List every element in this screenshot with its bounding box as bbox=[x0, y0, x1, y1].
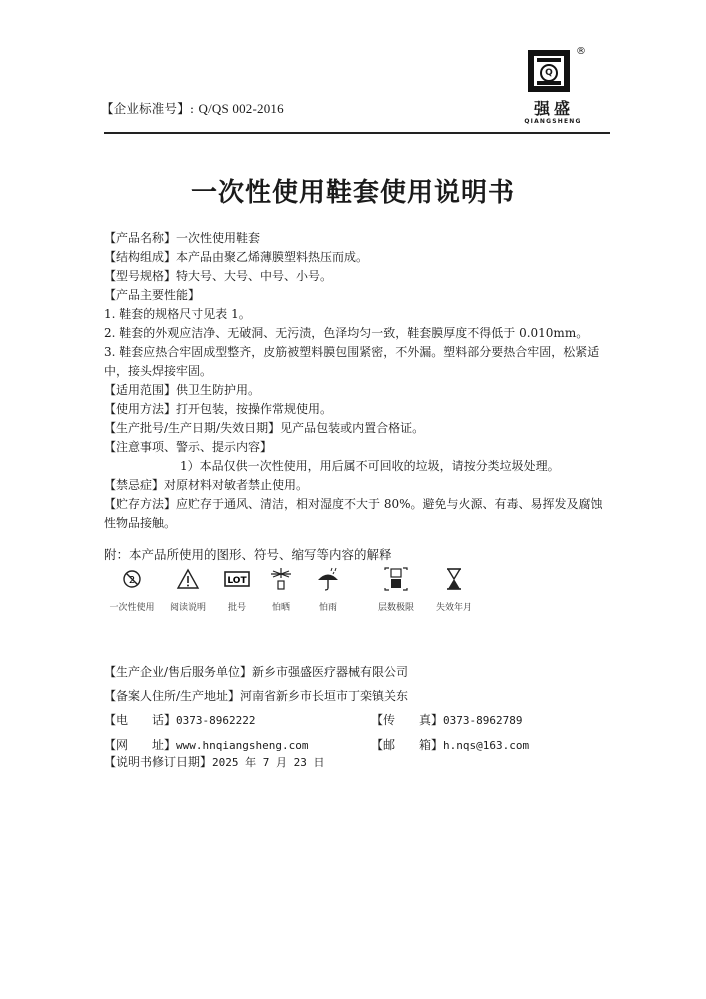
svg-text:LOT: LOT bbox=[227, 576, 247, 586]
symbol-legend: 2 一次性使用 阅读说明 LOT 批号 怕晒 怕雨 层数极限 bbox=[100, 566, 520, 616]
performance-item: 1. 鞋套的规格尺寸见表 1。 bbox=[104, 305, 614, 324]
email-line: 【邮 箱】h.nqs@163.com bbox=[371, 736, 529, 753]
performance-item: 3. 鞋套应热合牢固成型整齐，皮筋被塑料膜包围紧密，不外漏。塑料部分要热合牢固，… bbox=[104, 343, 614, 381]
document-title: 一次性使用鞋套使用说明书 bbox=[0, 172, 706, 209]
logo-mark-icon: Q bbox=[528, 50, 570, 92]
email-link[interactable]: h.nqs@163.com bbox=[443, 739, 529, 752]
website-link[interactable]: www.hnqiangsheng.com bbox=[176, 739, 308, 752]
address-value: 河南省新乡市长垣市丁栾镇关东 bbox=[240, 689, 408, 703]
section-storage: 【贮存方法】应贮存于通风、清洁，相对湿度不大于 80%。避免与火源、有毒、易挥发… bbox=[104, 495, 614, 533]
expiry-date-icon bbox=[439, 566, 469, 592]
fax-line: 【传 真】0373-8962789 bbox=[371, 711, 523, 728]
brand-name-en: QIANGSHENG bbox=[522, 118, 584, 125]
brand-logo: Q ® 强盛 QIANGSHENG bbox=[522, 50, 596, 134]
section-product-name: 【产品名称】一次性使用鞋套 bbox=[104, 229, 614, 248]
read-instructions-icon bbox=[173, 566, 203, 592]
phone-line: 【电 话】0373-8962222 bbox=[104, 711, 256, 728]
revision-date: 2025 年 7 月 23 日 bbox=[212, 756, 324, 769]
revision-date-line: 【说明书修订日期】2025 年 7 月 23 日 bbox=[104, 753, 325, 770]
keep-dry-icon bbox=[313, 566, 343, 592]
single-use-icon: 2 bbox=[117, 566, 147, 592]
manufacturer-line: 【生产企业/售后服务单位】新乡市强盛医疗器械有限公司 bbox=[104, 663, 408, 680]
brand-name-cn: 强盛 bbox=[524, 96, 584, 119]
symbol-stacking-limit: 层数极限 bbox=[364, 566, 428, 613]
standard-code: Q/QS 002-2016 bbox=[199, 101, 284, 116]
section-structure: 【结构组成】本产品由聚乙烯薄膜塑料热压而成。 bbox=[104, 248, 614, 267]
address-line: 【备案人住所/生产地址】河南省新乡市长垣市丁栾镇关东 bbox=[104, 687, 408, 704]
caution-item: 1）本品仅供一次性使用，用后属不可回收的垃圾，请按分类垃圾处理。 bbox=[104, 457, 614, 476]
stacking-limit-icon bbox=[381, 566, 411, 592]
symbol-single-use: 2 一次性使用 bbox=[100, 566, 164, 613]
enterprise-standard: 【企业标准号】: Q/QS 002-2016 bbox=[101, 99, 284, 117]
keep-from-sunlight-icon bbox=[266, 566, 296, 592]
section-usage: 【使用方法】打开包装，按操作常规使用。 bbox=[104, 400, 614, 419]
website-line: 【网 址】www.hnqiangsheng.com bbox=[104, 736, 308, 753]
section-batch-dates: 【生产批号/生产日期/失效日期】见产品包装或内置合格证。 bbox=[104, 419, 614, 438]
symbol-keep-dry: 怕雨 bbox=[296, 566, 360, 613]
lot-icon: LOT bbox=[222, 566, 252, 592]
section-performance-heading: 【产品主要性能】 bbox=[104, 286, 614, 305]
standard-label: 【企业标准号】: bbox=[101, 101, 194, 116]
performance-item: 2. 鞋套的外观应洁净、无破洞、无污渍，色泽均匀一致，鞋套膜厚度不得低于 0.0… bbox=[104, 324, 614, 343]
fax-value: 0373-8962789 bbox=[443, 714, 522, 727]
registered-mark: ® bbox=[576, 46, 586, 57]
section-models: 【型号规格】特大号、大号、中号、小号。 bbox=[104, 267, 614, 286]
section-cautions-heading: 【注意事项、警示、提示内容】 bbox=[104, 438, 614, 457]
section-contraindications: 【禁忌症】对原材料对敏者禁止使用。 bbox=[104, 476, 614, 495]
appendix-title: 附：本产品所使用的图形、符号、缩写等内容的解释 bbox=[104, 545, 392, 563]
document-body: 【产品名称】一次性使用鞋套 【结构组成】本产品由聚乙烯薄膜塑料热压而成。 【型号… bbox=[104, 229, 614, 533]
header-divider bbox=[104, 132, 610, 134]
manufacturer-name: 新乡市强盛医疗器械有限公司 bbox=[252, 665, 408, 679]
phone-value: 0373-8962222 bbox=[176, 714, 255, 727]
symbol-expiry-date: 失效年月 bbox=[422, 566, 486, 613]
section-scope: 【适用范围】供卫生防护用。 bbox=[104, 381, 614, 400]
